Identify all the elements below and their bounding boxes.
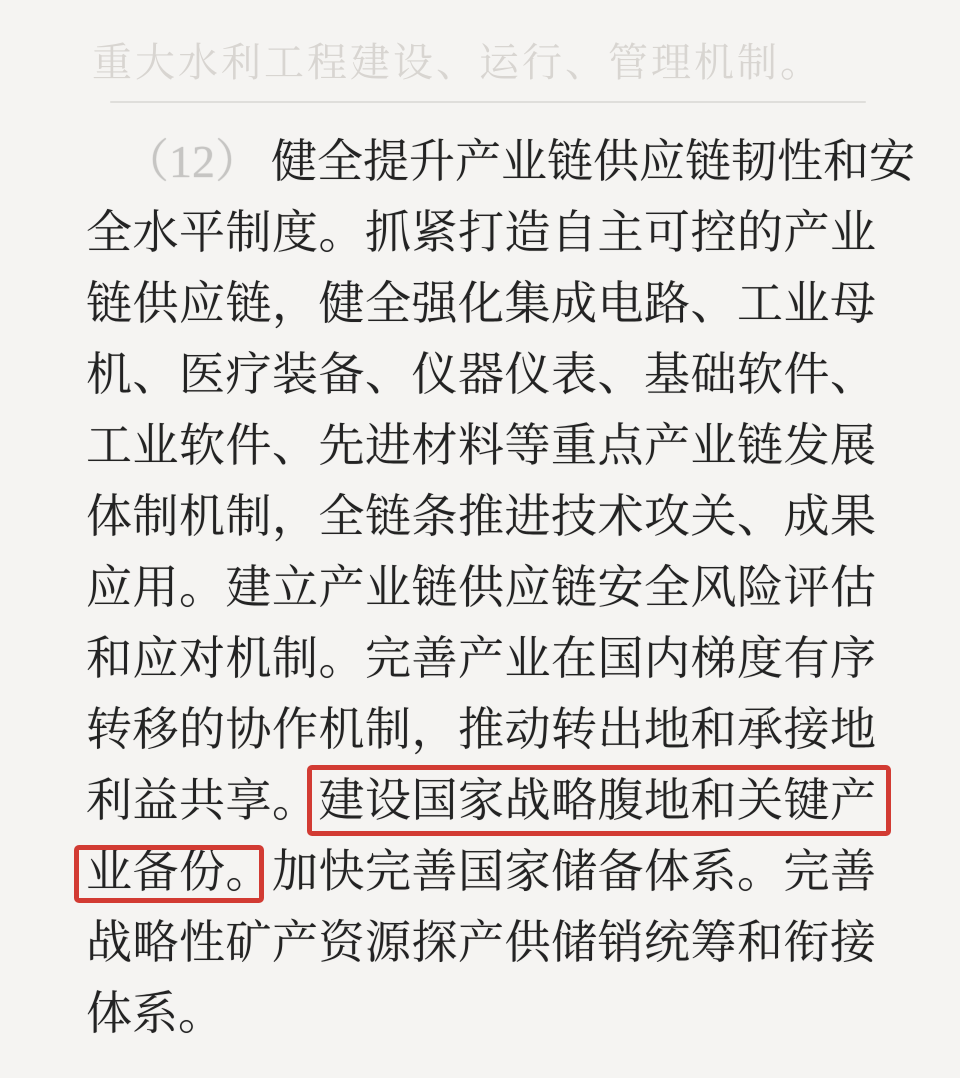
text-line: 机、医疗装备、仪器仪表、基础软件、 [86, 339, 876, 410]
text-line: 工业软件、先进材料等重点产业链发展 [86, 410, 876, 481]
text-line-content: 健全提升产业链供应链韧性和安 [271, 136, 915, 187]
text-line: 链供应链，健全强化集成电路、工业母 [86, 268, 876, 339]
text-line: 体系。 [86, 978, 876, 1049]
text-line: （12）健全提升产业链供应链韧性和安 [86, 126, 876, 197]
text-line: 应用。建立产业链供应链安全风险评估 [86, 552, 876, 623]
document-page: 重大水利工程建设、运行、管理机制。 （12）健全提升产业链供应链韧性和安 全水平… [0, 0, 960, 1078]
text-line: 利益共享。建设国家战略腹地和关键产 [86, 765, 876, 836]
text-line: 转移的协作机制，推动转出地和承接地 [86, 694, 876, 765]
page: { "document": { "background_color": "#f5… [0, 0, 960, 1078]
section-divider-line [110, 101, 866, 103]
text-line: 和应对机制。完善产业在国内梯度有序 [86, 623, 876, 694]
paragraph-block: （12）健全提升产业链供应链韧性和安 全水平制度。抓紧打造自主可控的产业 链供应… [86, 126, 876, 1049]
paragraph-number: （12） [123, 136, 271, 187]
text-line: 战略性矿产资源探产供储销统筹和衔接 [86, 907, 876, 978]
faded-previous-paragraph-text: 重大水利工程建设、运行、管理机制。 [92, 41, 892, 85]
text-line: 体制机制，全链条推进技术攻关、成果 [86, 481, 876, 552]
text-line: 全水平制度。抓紧打造自主可控的产业 [86, 197, 876, 268]
text-line: 业备份。加快完善国家储备体系。完善 [86, 836, 876, 907]
